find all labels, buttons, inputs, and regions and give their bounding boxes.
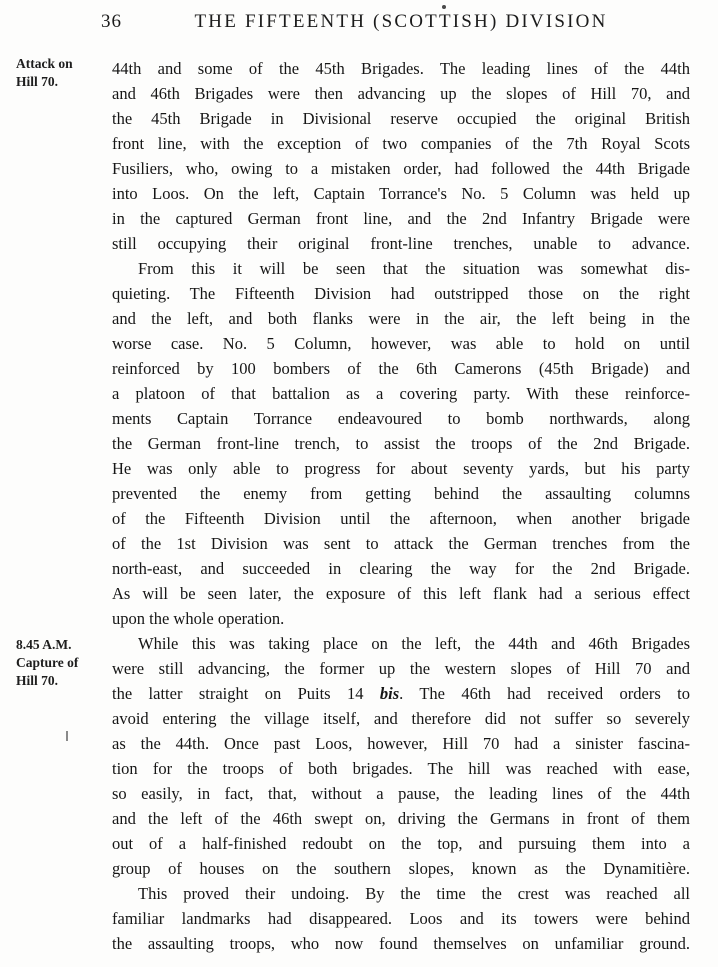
text-column: 44th and some of the 45th Brigades. The … (112, 56, 690, 956)
text-line: a platoon of that battalion as a coverin… (112, 381, 690, 406)
text-line: north-east, and succeeded in clearing th… (112, 556, 690, 581)
text-line: the 45th Brigade in Divisional reserve o… (112, 106, 690, 131)
sidenote-line: 8.45 A.M. (16, 636, 108, 654)
text-line: out of a half-finished redoubt on the to… (112, 831, 690, 856)
text-line: and 46th Brigades were then advancing up… (112, 81, 690, 106)
text-line: and the left of the 46th swept on, drivi… (112, 806, 690, 831)
paragraph: 44th and some of the 45th Brigades. The … (112, 56, 690, 256)
text-line: the assaulting troops, who now found the… (112, 931, 690, 956)
running-title: THE FIFTEENTH (SCOTTISH) DIVISION (112, 11, 690, 33)
text-line: While this was taking place on the left,… (112, 631, 690, 656)
sidenote-line: Hill 70. (16, 73, 108, 91)
text-line: 44th and some of the 45th Brigades. The … (112, 56, 690, 81)
text-line: as the 44th. Once past Loos, however, Hi… (112, 731, 690, 756)
text-line: This proved their undoing. By the time t… (112, 881, 690, 906)
text-line: of the Fifteenth Division until the afte… (112, 506, 690, 531)
text-line: were still advancing, the former up the … (112, 656, 690, 681)
text-line: worse case. No. 5 Column, however, was a… (112, 331, 690, 356)
text-line: upon the whole operation. (112, 606, 690, 631)
text-line: front line, with the exception of two co… (112, 131, 690, 156)
text-line: the latter straight on Puits 14 bis. The… (112, 681, 690, 706)
paragraph: From this it will be seen that the situa… (112, 256, 690, 631)
text-line: of the 1st Division was sent to attack t… (112, 531, 690, 556)
text-line: He was only able to progress for about s… (112, 456, 690, 481)
text-line: group of houses on the southern slopes, … (112, 856, 690, 881)
text-line: prevented the enemy from getting behind … (112, 481, 690, 506)
text-line: quieting. The Fifteenth Division had out… (112, 281, 690, 306)
text-line: still occupying their original front-lin… (112, 231, 690, 256)
text-line: familiar landmarks had disappeared. Loos… (112, 906, 690, 931)
text-line: avoid entering the village itself, and t… (112, 706, 690, 731)
sidenote-line: Attack on (16, 55, 108, 73)
sidenote-line: Capture of (16, 654, 108, 672)
page-header: 36 THE FIFTEENTH (SCOTTISH) DIVISION (0, 11, 718, 37)
text-line: As will be seen later, the exposure of t… (112, 581, 690, 606)
scan-tick-mark (66, 731, 68, 741)
text-line: reinforced by 100 bombers of the 6th Cam… (112, 356, 690, 381)
scan-speck (442, 5, 446, 9)
sidenote-capture-of-hill-70: 8.45 A.M.Capture ofHill 70. (16, 636, 108, 690)
paragraph: While this was taking place on the left,… (112, 631, 690, 881)
text-line: so easily, in fact, that, without a paus… (112, 781, 690, 806)
text-line: ments Captain Torrance endeavoured to bo… (112, 406, 690, 431)
text-line: the German front-line trench, to assist … (112, 431, 690, 456)
paragraph: This proved their undoing. By the time t… (112, 881, 690, 956)
sidenote-line: Hill 70. (16, 672, 108, 690)
book-page: 36 THE FIFTEENTH (SCOTTISH) DIVISION Att… (0, 0, 718, 967)
text-line: tion for the troops of both brigades. Th… (112, 756, 690, 781)
text-line: Fusiliers, who, owing to a mistaken orde… (112, 156, 690, 181)
text-line: and the left, and both flanks were in th… (112, 306, 690, 331)
sidenote-attack-on-hill-70: Attack onHill 70. (16, 55, 108, 91)
text-line: into Loos. On the left, Captain Torrance… (112, 181, 690, 206)
text-line: From this it will be seen that the situa… (112, 256, 690, 281)
text-line: in the captured German front line, and t… (112, 206, 690, 231)
